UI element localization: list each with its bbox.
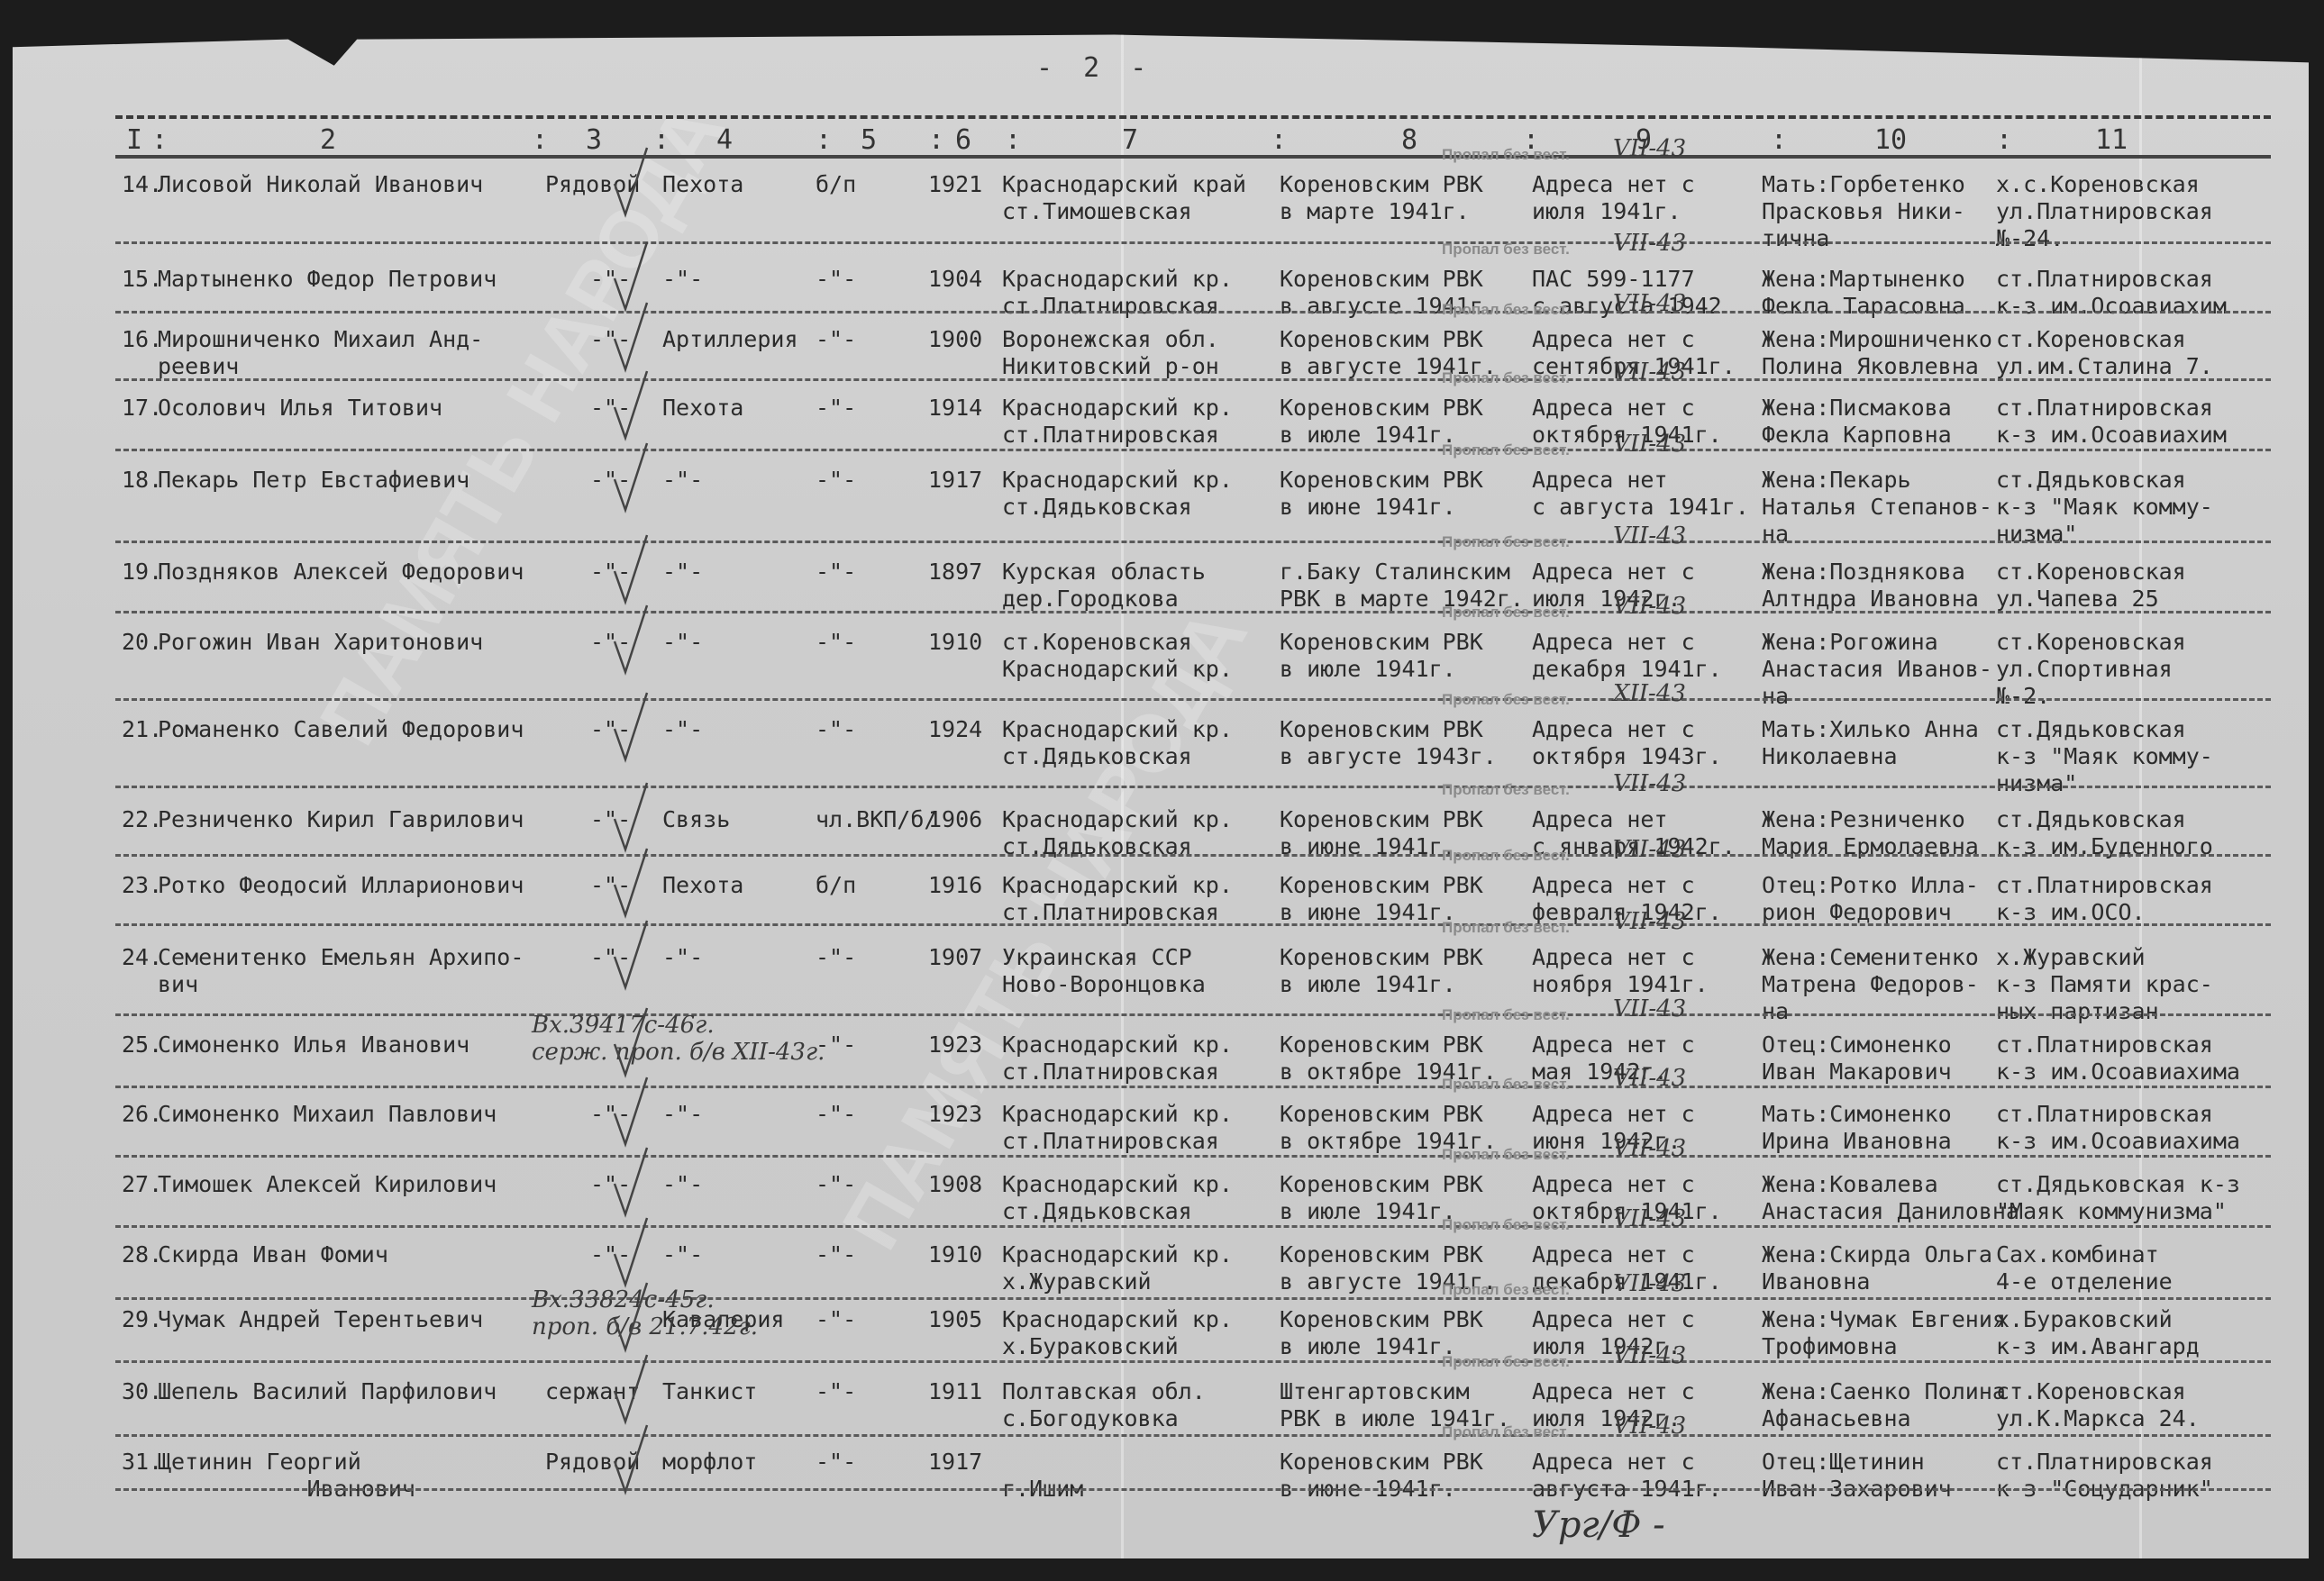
handwritten-date-mark: VII-43 bbox=[1613, 1342, 1686, 1369]
handwritten-date-mark: VII-43 bbox=[1613, 770, 1686, 797]
row-separator bbox=[115, 1360, 2271, 1363]
column-header-11: 11 bbox=[2095, 124, 2128, 156]
birthplace: Краснодарский кр. х.Бураковский bbox=[1002, 1306, 1233, 1360]
row-separator bbox=[115, 1434, 2271, 1437]
next-of-kin: Жена:Писмакова Фекла Карповна bbox=[1762, 395, 1952, 449]
drafted-by: Кореновским РВК в июле 1941г. bbox=[1280, 395, 1483, 449]
service-branch: -"- bbox=[662, 467, 703, 494]
column-header-2: 2 bbox=[320, 124, 336, 156]
birth-year: 1924 bbox=[928, 716, 982, 743]
soldier-name: Тимошек Алексей Кирилович bbox=[158, 1171, 497, 1198]
birth-year: 1917 bbox=[928, 1449, 982, 1476]
handwritten-date-mark: VII-43 bbox=[1613, 1270, 1686, 1297]
birthplace: Краснодарский кр. ст.Дядьковская bbox=[1002, 716, 1233, 770]
birthplace: ст.Кореновская Краснодарский кр. bbox=[1002, 629, 1233, 683]
service-branch: Пехота bbox=[662, 872, 743, 899]
drafted-by: Кореновским РВК в марте 1941г. bbox=[1280, 171, 1483, 225]
last-info: Адреса нет с декабря 1941г. bbox=[1532, 629, 1722, 683]
home-address: ст.Дядьковская к-з "Маяк коммунизма" bbox=[1996, 1171, 2240, 1225]
row-separator bbox=[115, 449, 2271, 451]
birth-year: 1904 bbox=[928, 266, 982, 293]
next-of-kin: Мать:Горбетенко Прасковья Ники- тична bbox=[1762, 171, 1965, 252]
row-number: 24. bbox=[122, 944, 162, 971]
row-separator bbox=[115, 698, 2271, 701]
service-branch: -"- bbox=[662, 559, 703, 586]
row-separator bbox=[115, 1225, 2271, 1228]
missing-in-action-stamp: Пропал без вест. bbox=[1442, 441, 1570, 459]
drafted-by: Кореновским РВК в июне 1941г. bbox=[1280, 872, 1483, 926]
soldier-name: Пекарь Петр Евстафиевич bbox=[158, 467, 469, 494]
row-number: 23. bbox=[122, 872, 162, 899]
check-mark-icon bbox=[613, 1216, 649, 1288]
home-address: ст.Платнировская к-з им.Осоавиахима bbox=[1996, 1031, 2240, 1086]
next-of-kin: Жена:Пекарь Наталья Степанов- на bbox=[1762, 467, 1992, 548]
handwritten-date-mark: VII-43 bbox=[1613, 135, 1686, 162]
home-address: Сах.комбинат 4-е отделение bbox=[1996, 1241, 2173, 1295]
service-branch: -"- bbox=[662, 266, 703, 293]
missing-in-action-stamp: Пропал без вест. bbox=[1442, 369, 1570, 387]
party-membership: -"- bbox=[816, 1449, 856, 1476]
check-mark-icon bbox=[613, 1076, 649, 1148]
handwritten-date-mark: VII-43 bbox=[1613, 995, 1686, 1022]
drafted-by: Кореновским РВК в июле 1941г. bbox=[1280, 1306, 1483, 1360]
missing-in-action-stamp: Пропал без вест. bbox=[1442, 919, 1570, 937]
party-membership: -"- bbox=[816, 467, 856, 494]
drafted-by: Кореновским РВК в июле 1941г. bbox=[1280, 944, 1483, 998]
handwritten-date-mark: VII-43 bbox=[1613, 1205, 1686, 1232]
soldier-name: Мирошниченко Михаил Анд- реевич bbox=[158, 326, 483, 380]
column-header-5: 5 bbox=[861, 124, 877, 156]
row-separator bbox=[115, 1155, 2271, 1158]
birthplace: Краснодарский кр. ст.Платнировская bbox=[1002, 395, 1233, 449]
soldier-name: Семенитенко Емельян Архипо- вич bbox=[158, 944, 524, 998]
birth-year: 1916 bbox=[928, 872, 982, 899]
column-separator: : bbox=[1005, 124, 1021, 156]
home-address: х.Бураковский к-з им.Авангард bbox=[1996, 1306, 2200, 1360]
drafted-by: Кореновским РВК в июне 1941г. bbox=[1280, 467, 1483, 521]
service-branch: Связь bbox=[662, 806, 730, 833]
row-number: 19. bbox=[122, 559, 162, 586]
party-membership: б/п bbox=[816, 872, 856, 899]
check-mark-icon bbox=[613, 1146, 649, 1218]
last-info: Адреса нет с августа 1941г. bbox=[1532, 1449, 1722, 1503]
missing-in-action-stamp: Пропал без вест. bbox=[1442, 691, 1570, 709]
home-address: ст.Кореновская ул.им.Сталина 7. bbox=[1996, 326, 2213, 380]
service-branch: -"- bbox=[662, 1101, 703, 1128]
last-info: Адреса нет с августа 1941г. bbox=[1532, 467, 1749, 521]
birthplace: Краснодарский кр. ст.Платнировская bbox=[1002, 872, 1233, 926]
last-info: Адреса нет с октября 1943г. bbox=[1532, 716, 1722, 770]
soldier-name: Поздняков Алексей Федорович bbox=[158, 559, 524, 586]
column-separator: : bbox=[1271, 124, 1287, 156]
service-branch: Танкист bbox=[662, 1378, 757, 1405]
missing-in-action-stamp: Пропал без вест. bbox=[1442, 301, 1570, 319]
next-of-kin: Жена:Позднякова Алтндра Ивановна bbox=[1762, 559, 1979, 613]
birth-year: 1923 bbox=[928, 1031, 982, 1059]
column-separator: : bbox=[928, 124, 944, 156]
row-number: 18. bbox=[122, 467, 162, 494]
handwritten-date-mark: VII-43 bbox=[1613, 230, 1686, 257]
row-number: 14. bbox=[122, 171, 162, 198]
check-mark-icon bbox=[613, 146, 649, 218]
column-header-6: 6 bbox=[955, 124, 971, 156]
column-header-8: 8 bbox=[1401, 124, 1417, 156]
handwritten-date-mark: VII-43 bbox=[1613, 431, 1686, 458]
soldier-name: Чумак Андрей Терентьевич bbox=[158, 1306, 483, 1333]
check-mark-icon bbox=[613, 1423, 649, 1495]
column-header-4: 4 bbox=[716, 124, 733, 156]
party-membership: чл.ВКП/б/ bbox=[816, 806, 937, 833]
birthplace: Краснодарский край ст.Тимошевская bbox=[1002, 171, 1246, 225]
service-branch: Пехота bbox=[662, 171, 743, 198]
home-address: ст.Кореновская ул.Чапева 25 bbox=[1996, 559, 2186, 613]
missing-in-action-stamp: Пропал без вест. bbox=[1442, 1006, 1570, 1024]
home-address: ст.Платнировская к-з "Соцударник" bbox=[1996, 1449, 2213, 1503]
check-mark-icon bbox=[613, 691, 649, 763]
soldier-name: Мартыненко Федор Петрович bbox=[158, 266, 497, 293]
row-separator bbox=[115, 241, 2271, 244]
column-header-7: 7 bbox=[1122, 124, 1138, 156]
last-info: Адреса нет с ноября 1941г. bbox=[1532, 944, 1709, 998]
birth-year: 1921 bbox=[928, 171, 982, 198]
birth-year: 1897 bbox=[928, 559, 982, 586]
birthplace: Краснодарский кр. ст.Платнировская bbox=[1002, 1031, 1233, 1086]
row-number: 31. bbox=[122, 1449, 162, 1476]
birth-year: 1900 bbox=[928, 326, 982, 353]
column-separator: : bbox=[1996, 124, 2012, 156]
drafted-by: Кореновским РВК в июле 1941г. bbox=[1280, 629, 1483, 683]
home-address: ст.Дядьковская к-з "Маяк комму- низма" bbox=[1996, 467, 2213, 548]
birthplace: Воронежская обл. Никитовский р-он bbox=[1002, 326, 1219, 380]
column-header-1: I bbox=[126, 124, 142, 156]
party-membership: -"- bbox=[816, 716, 856, 743]
birth-year: 1910 bbox=[928, 1241, 982, 1268]
next-of-kin: Отец:Симоненко Иван Макарович bbox=[1762, 1031, 1952, 1086]
missing-in-action-stamp: Пропал без вест. bbox=[1442, 1423, 1570, 1441]
missing-in-action-stamp: Пропал без вест. bbox=[1442, 847, 1570, 865]
handwritten-date-mark: VII-43 bbox=[1613, 836, 1686, 863]
party-membership: -"- bbox=[816, 1306, 856, 1333]
service-branch: -"- bbox=[662, 1241, 703, 1268]
check-mark-icon bbox=[613, 1006, 649, 1078]
home-address: ст.Платнировская к-з им.Осоавиахим bbox=[1996, 395, 2227, 449]
row-number: 26. bbox=[122, 1101, 162, 1128]
row-number: 29. bbox=[122, 1306, 162, 1333]
check-mark-icon bbox=[613, 533, 649, 605]
birthplace: Полтавская обл. с.Богодуковка bbox=[1002, 1378, 1206, 1432]
birth-year: 1923 bbox=[928, 1101, 982, 1128]
column-header-3: 3 bbox=[586, 124, 602, 156]
handwritten-date-mark: VII-43 bbox=[1613, 522, 1686, 550]
birth-year: 1906 bbox=[928, 806, 982, 833]
birthplace: г.Ишим bbox=[1002, 1449, 1083, 1503]
party-membership: -"- bbox=[816, 1171, 856, 1198]
birthplace: Краснодарский кр. ст.Дядьковская bbox=[1002, 806, 1233, 860]
row-number: 27. bbox=[122, 1171, 162, 1198]
row-separator bbox=[115, 854, 2271, 857]
row-separator bbox=[115, 1013, 2271, 1016]
handwritten-date-mark: VII-43 bbox=[1613, 908, 1686, 935]
party-membership: -"- bbox=[816, 559, 856, 586]
column-separator: : bbox=[532, 124, 548, 156]
service-branch: морфлот bbox=[662, 1449, 757, 1476]
party-membership: -"- bbox=[816, 1241, 856, 1268]
party-membership: -"- bbox=[816, 1378, 856, 1405]
missing-in-action-stamp: Пропал без вест. bbox=[1442, 1216, 1570, 1234]
soldier-name: Симоненко Михаил Павлович bbox=[158, 1101, 497, 1128]
check-mark-icon bbox=[613, 301, 649, 373]
birthplace: Краснодарский кр. ст.Платнировская bbox=[1002, 1101, 1233, 1155]
check-mark-icon bbox=[613, 919, 649, 991]
row-separator bbox=[115, 378, 2271, 381]
missing-in-action-stamp: Пропал без вест. bbox=[1442, 781, 1570, 799]
row-separator bbox=[115, 786, 2271, 788]
home-address: х.с.Кореновская ул.Платнировская №-24. bbox=[1996, 171, 2213, 252]
check-mark-icon bbox=[613, 847, 649, 919]
row-separator bbox=[115, 311, 2271, 313]
row-separator bbox=[115, 1297, 2271, 1300]
column-separator: : bbox=[1771, 124, 1787, 156]
handwritten-date-mark: VII-43 bbox=[1613, 1413, 1686, 1440]
soldier-name: Лисовой Николай Иванович bbox=[158, 171, 483, 198]
next-of-kin: Жена:Ковалева Анастасия Даниловна bbox=[1762, 1171, 2019, 1225]
column-separator: : bbox=[151, 124, 168, 156]
handwritten-date-mark: XII-43 bbox=[1613, 680, 1686, 707]
birth-year: 1907 bbox=[928, 944, 982, 971]
header-top-rule bbox=[115, 115, 2271, 119]
next-of-kin: Жена:Чумак Евгения Трофимовна bbox=[1762, 1306, 2006, 1360]
missing-in-action-stamp: Пропал без вест. bbox=[1442, 241, 1570, 259]
service-branch: -"- bbox=[662, 716, 703, 743]
soldier-name: Симоненко Илья Иванович bbox=[158, 1031, 469, 1059]
column-separator: : bbox=[816, 124, 832, 156]
row-number: 21. bbox=[122, 716, 162, 743]
next-of-kin: Мать:Симоненко Ирина Ивановна bbox=[1762, 1101, 1952, 1155]
missing-in-action-stamp: Пропал без вест. bbox=[1442, 604, 1570, 622]
handwritten-date-mark: VII-43 bbox=[1613, 1135, 1686, 1162]
row-separator bbox=[115, 1488, 2271, 1491]
next-of-kin: Жена:Мирошниченко Полина Яковлевна bbox=[1762, 326, 1992, 380]
handwritten-date-mark: VII-43 bbox=[1613, 1065, 1686, 1092]
party-membership: -"- bbox=[816, 1101, 856, 1128]
birth-year: 1911 bbox=[928, 1378, 982, 1405]
column-separator: : bbox=[653, 124, 670, 156]
handwritten-date-mark: VII-43 bbox=[1613, 593, 1686, 620]
birthplace: Краснодарский кр. ст.Дядьковская bbox=[1002, 467, 1233, 521]
missing-in-action-stamp: Пропал без вест. bbox=[1442, 1146, 1570, 1164]
birthplace: Краснодарский кр. х.Журавский bbox=[1002, 1241, 1233, 1295]
missing-in-action-stamp: Пропал без вест. bbox=[1442, 1353, 1570, 1371]
missing-in-action-stamp: Пропал без вест. bbox=[1442, 1281, 1570, 1299]
check-mark-icon bbox=[613, 1353, 649, 1425]
row-number: 17. bbox=[122, 395, 162, 422]
check-mark-icon bbox=[613, 441, 649, 513]
service-branch: -"- bbox=[662, 1171, 703, 1198]
next-of-kin: Отец:Щетинин Иван Захарович bbox=[1762, 1449, 1952, 1503]
check-mark-icon bbox=[613, 604, 649, 676]
row-separator bbox=[115, 1086, 2271, 1088]
check-mark-icon bbox=[613, 781, 649, 853]
soldier-name: Щетинин Георгий Иванович bbox=[158, 1449, 415, 1503]
home-address: ст.Платнировская к-з им.Осоавиахима bbox=[1996, 1101, 2240, 1155]
home-address: ст.Кореновская ул.К.Маркса 24. bbox=[1996, 1378, 2200, 1432]
soldier-name: Рогожин Иван Харитонович bbox=[158, 629, 483, 656]
row-number: 16. bbox=[122, 326, 162, 353]
party-membership: -"- bbox=[816, 629, 856, 656]
birth-year: 1905 bbox=[928, 1306, 982, 1333]
party-membership: -"- bbox=[816, 266, 856, 293]
next-of-kin: Жена:Саенко Полина Афанасьевна bbox=[1762, 1378, 2006, 1432]
party-membership: -"- bbox=[816, 326, 856, 353]
row-number: 28. bbox=[122, 1241, 162, 1268]
row-number: 15. bbox=[122, 266, 162, 293]
soldier-name: Скирда Иван Фомич bbox=[158, 1241, 388, 1268]
party-membership: -"- bbox=[816, 395, 856, 422]
soldier-name: Ротко Феодосий Илларионович bbox=[158, 872, 524, 899]
missing-in-action-stamp: Пропал без вест. bbox=[1442, 146, 1570, 164]
birth-year: 1917 bbox=[928, 467, 982, 494]
next-of-kin: Мать:Хилько Анна Николаевна bbox=[1762, 716, 1979, 770]
missing-in-action-stamp: Пропал без вест. bbox=[1442, 533, 1570, 551]
row-number: 30. bbox=[122, 1378, 162, 1405]
birth-year: 1910 bbox=[928, 629, 982, 656]
home-address: ст.Дядьковская к-з им.Буденного bbox=[1996, 806, 2213, 860]
check-mark-icon bbox=[613, 1281, 649, 1353]
check-mark-icon bbox=[613, 369, 649, 441]
home-address: ст.Платнировская к-з им.ОСО. bbox=[1996, 872, 2213, 926]
drafted-by: Кореновским РВК в августе 1943г. bbox=[1280, 716, 1497, 770]
drafted-by: Кореновским РВК в июне 1941г. bbox=[1280, 1449, 1483, 1503]
row-number: 20. bbox=[122, 629, 162, 656]
soldier-name: Резниченко Кирил Гаврилович bbox=[158, 806, 524, 833]
handwritten-date-mark: VII-43 bbox=[1613, 290, 1686, 317]
next-of-kin: Отец:Ротко Илла- рион Федорович bbox=[1762, 872, 1979, 926]
service-branch: -"- bbox=[662, 944, 703, 971]
party-membership: б/п bbox=[816, 171, 856, 198]
header-bottom-rule bbox=[115, 155, 2271, 159]
birthplace: Краснодарский кр. ст.Дядьковская bbox=[1002, 1171, 1233, 1225]
signature: Ург/Ф - bbox=[1532, 1504, 1665, 1546]
birthplace: Украинская ССР Ново-Воронцовка bbox=[1002, 944, 1206, 998]
handwritten-date-mark: VII-43 bbox=[1613, 359, 1686, 386]
row-separator bbox=[115, 611, 2271, 613]
next-of-kin: Жена:Скирда Ольга Ивановна bbox=[1762, 1241, 1992, 1295]
party-membership: -"- bbox=[816, 944, 856, 971]
handwritten-note: Вх.39417с-46г. серж. проп. б/в XII-43г. bbox=[532, 1012, 825, 1066]
service-branch: Пехота bbox=[662, 395, 743, 422]
row-number: 22. bbox=[122, 806, 162, 833]
row-number: 25. bbox=[122, 1031, 162, 1059]
birth-year: 1914 bbox=[928, 395, 982, 422]
row-separator bbox=[115, 923, 2271, 926]
soldier-name: Осолович Илья Титович bbox=[158, 395, 442, 422]
birthplace: Курская область дер.Городкова bbox=[1002, 559, 1206, 613]
page-number: - 2 - bbox=[1036, 52, 1153, 84]
service-branch: Артиллерия bbox=[662, 326, 798, 353]
missing-in-action-stamp: Пропал без вест. bbox=[1442, 1076, 1570, 1094]
row-separator bbox=[115, 541, 2271, 543]
soldier-name: Шепель Василий Парфилович bbox=[158, 1378, 497, 1405]
birth-year: 1908 bbox=[928, 1171, 982, 1198]
next-of-kin: Жена:Резниченко Мария Ермолаевна bbox=[1762, 806, 1979, 860]
service-branch: -"- bbox=[662, 629, 703, 656]
soldier-name: Романенко Савелий Федорович bbox=[158, 716, 524, 743]
last-info: Адреса нет с июля 1941г. bbox=[1532, 171, 1695, 225]
column-header-10: 10 bbox=[1874, 124, 1907, 156]
